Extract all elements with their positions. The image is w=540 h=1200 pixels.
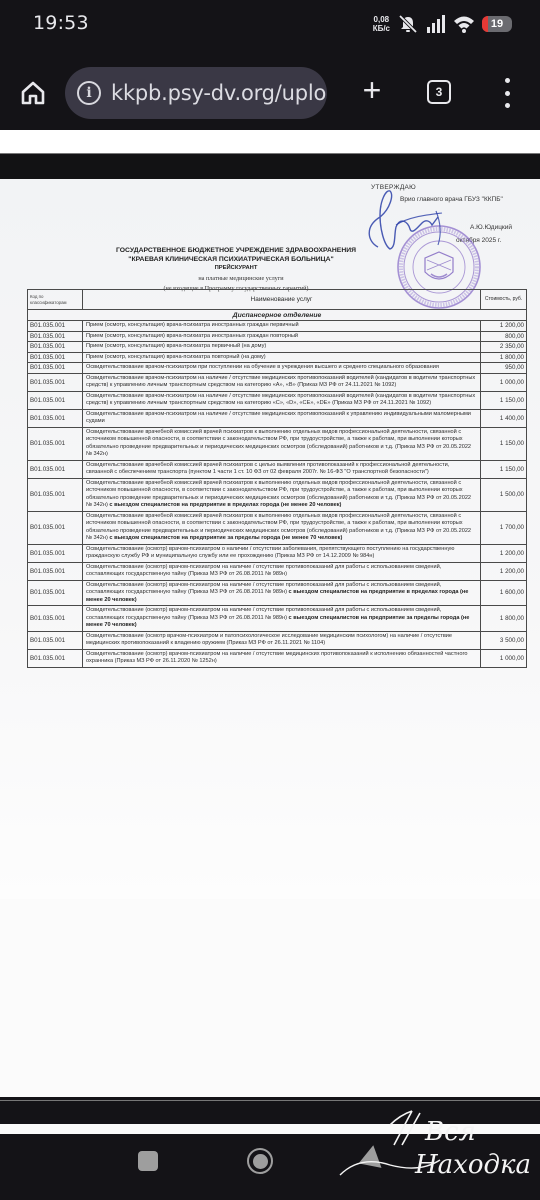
table-row: B01.035.001Освидетельствование (осмотр) …	[28, 649, 527, 667]
service-name: Освидетельствование врачебной комиссией …	[83, 460, 481, 478]
service-name: Прием (осмотр, консультация) врача-психи…	[83, 342, 481, 353]
table-row: B01.035.001Освидетельствование врачебной…	[28, 460, 527, 478]
service-name: Освидетельствование врачебной комиссией …	[83, 511, 481, 544]
browser-toolbar: i kkpb.psy-dv.org/uploa + 3	[0, 52, 540, 130]
doc-subtitle1: на платные медицинские услуги	[46, 275, 436, 282]
table-row: B01.035.001Освидетельствование врачом-пс…	[28, 409, 527, 427]
table-row: B01.035.001Освидетельствование врачом-пс…	[28, 391, 527, 409]
service-code: B01.035.001	[28, 321, 83, 332]
service-price: 1 200,00	[481, 562, 527, 580]
service-name: Освидетельствование (осмотр) врачом-псих…	[83, 544, 481, 562]
table-row: B01.035.001Освидетельствование врачебной…	[28, 427, 527, 460]
service-code: B01.035.001	[28, 391, 83, 409]
price-table: Код по классификаторам Наименование услу…	[27, 289, 527, 668]
table-row: B01.035.001Освидетельствование (осмотр) …	[28, 562, 527, 580]
service-name: Освидетельствование врачебной комиссией …	[83, 478, 481, 511]
service-code: B01.035.001	[28, 544, 83, 562]
service-name-emphasis: с выездом специалистов на предприятие за…	[109, 535, 342, 541]
table-row: B01.035.001Прием (осмотр, консультация) …	[28, 321, 527, 332]
service-price: 1 700,00	[481, 511, 527, 544]
document-page[interactable]: УТВЕРЖДАЮ Врио главного врача ГБУЗ "ККПБ…	[0, 179, 540, 1097]
status-bar: 19:53 0,08 КБ/с 19	[0, 0, 540, 52]
service-code: B01.035.001	[28, 562, 83, 580]
table-row: B01.035.001Освидетельствование врачебной…	[28, 511, 527, 544]
header-price: Стоимость, руб.	[481, 290, 527, 310]
signal-icon	[426, 15, 446, 33]
battery-icon: 19	[482, 16, 512, 32]
service-name: Освидетельствование врачом-психиатром на…	[83, 409, 481, 427]
service-price: 2 350,00	[481, 342, 527, 353]
service-code: B01.035.001	[28, 478, 83, 511]
service-price: 1 400,00	[481, 409, 527, 427]
network-speed: 0,08 КБ/с	[373, 15, 390, 33]
service-name: Освидетельствование врачом-психиатром пр…	[83, 363, 481, 374]
table-row: B01.035.001Освидетельствование врачом-пс…	[28, 363, 527, 374]
watermark-logo: Вся Находка	[330, 1105, 540, 1200]
header-code: Код по классификаторам	[28, 290, 83, 310]
doc-type: ПРЕЙСКУРАНТ	[46, 265, 426, 271]
service-code: B01.035.001	[28, 511, 83, 544]
service-name: Освидетельствование врачом-психиатром на…	[83, 391, 481, 409]
recent-apps-icon[interactable]	[138, 1151, 158, 1171]
status-time: 19:53	[33, 12, 89, 34]
service-price: 1 800,00	[481, 606, 527, 632]
wifi-icon	[453, 15, 475, 33]
service-price: 1 500,00	[481, 478, 527, 511]
service-name: Освидетельствование (осмотр) врачом-псих…	[83, 580, 481, 606]
table-row: B01.035.001Прием (осмотр, консультация) …	[28, 342, 527, 353]
table-row: B01.035.001Освидетельствование (осмотр в…	[28, 631, 527, 649]
service-price: 1 000,00	[481, 649, 527, 667]
watermark-line2: Находка	[414, 1150, 531, 1180]
viewer-top-bar	[0, 155, 540, 179]
table-row: B01.035.001Прием (осмотр, консультация) …	[28, 331, 527, 342]
service-name: Освидетельствование врачом-психиатром на…	[83, 373, 481, 391]
service-code: B01.035.001	[28, 631, 83, 649]
section-title: Диспансерное отделение	[28, 310, 527, 321]
table-row: B01.035.001Прием (осмотр, консультация) …	[28, 352, 527, 363]
more-vert-icon[interactable]	[502, 78, 512, 108]
service-name: Прием (осмотр, консультация) врача-психи…	[83, 352, 481, 363]
url-bar[interactable]: i kkpb.psy-dv.org/uploa	[65, 67, 327, 119]
service-name: Освидетельствование (осмотр) врачом-псих…	[83, 606, 481, 632]
service-code: B01.035.001	[28, 649, 83, 667]
watermark-line1: Вся	[424, 1117, 476, 1147]
table-row: B01.035.001Освидетельствование (осмотр) …	[28, 580, 527, 606]
service-code: B01.035.001	[28, 580, 83, 606]
org-name-line2: "КРАЕВАЯ КЛИНИЧЕСКАЯ ПСИХИАТРИЧЕСКАЯ БОЛ…	[46, 256, 416, 263]
service-price: 1 800,00	[481, 352, 527, 363]
service-price: 1 150,00	[481, 427, 527, 460]
table-row: B01.035.001Освидетельствование (осмотр) …	[28, 606, 527, 632]
status-icons: 0,08 КБ/с 19	[373, 14, 512, 34]
service-price: 3 500,00	[481, 631, 527, 649]
service-code: B01.035.001	[28, 460, 83, 478]
service-code: B01.035.001	[28, 352, 83, 363]
service-name: Освидетельствование (осмотр врачом-психи…	[83, 631, 481, 649]
org-name-line1: ГОСУДАРСТВЕННОЕ БЮДЖЕТНОЕ УЧРЕЖДЕНИЕ ЗДР…	[46, 247, 426, 254]
bell-muted-icon	[397, 14, 419, 34]
service-price: 1 150,00	[481, 460, 527, 478]
url-text[interactable]: kkpb.psy-dv.org/uploa	[111, 81, 327, 105]
service-code: B01.035.001	[28, 409, 83, 427]
service-name: Освидетельствование врачебной комиссией …	[83, 427, 481, 460]
tabs-icon[interactable]: 3	[427, 80, 451, 104]
service-price: 1 200,00	[481, 321, 527, 332]
info-icon[interactable]: i	[77, 81, 101, 105]
service-code: B01.035.001	[28, 363, 83, 374]
viewer-top-strip	[0, 130, 540, 154]
plus-icon[interactable]: +	[357, 76, 387, 106]
service-price: 1 200,00	[481, 544, 527, 562]
service-code: B01.035.001	[28, 373, 83, 391]
table-row: B01.035.001Освидетельствование (осмотр) …	[28, 544, 527, 562]
service-name: Прием (осмотр, консультация) врача-психи…	[83, 331, 481, 342]
service-code: B01.035.001	[28, 427, 83, 460]
service-price: 1 600,00	[481, 580, 527, 606]
table-row: B01.035.001Освидетельствование врачом-пс…	[28, 373, 527, 391]
service-price: 800,00	[481, 331, 527, 342]
service-name: Прием (осмотр, консультация) врача-психи…	[83, 321, 481, 332]
table-row: B01.035.001Освидетельствование врачебной…	[28, 478, 527, 511]
service-price: 950,00	[481, 363, 527, 374]
service-price: 1 000,00	[481, 373, 527, 391]
service-code: B01.035.001	[28, 331, 83, 342]
service-code: B01.035.001	[28, 606, 83, 632]
home-icon[interactable]	[20, 80, 46, 106]
service-code: B01.035.001	[28, 342, 83, 353]
service-price: 1 150,00	[481, 391, 527, 409]
service-name-emphasis: с выездом специалистов на предприятие в …	[109, 502, 341, 508]
service-name: Освидетельствование (осмотр) врачом-псих…	[83, 649, 481, 667]
home-circle-icon[interactable]	[247, 1148, 273, 1174]
service-name: Освидетельствование (осмотр) врачом-псих…	[83, 562, 481, 580]
header-name: Наименование услуг	[83, 290, 481, 310]
